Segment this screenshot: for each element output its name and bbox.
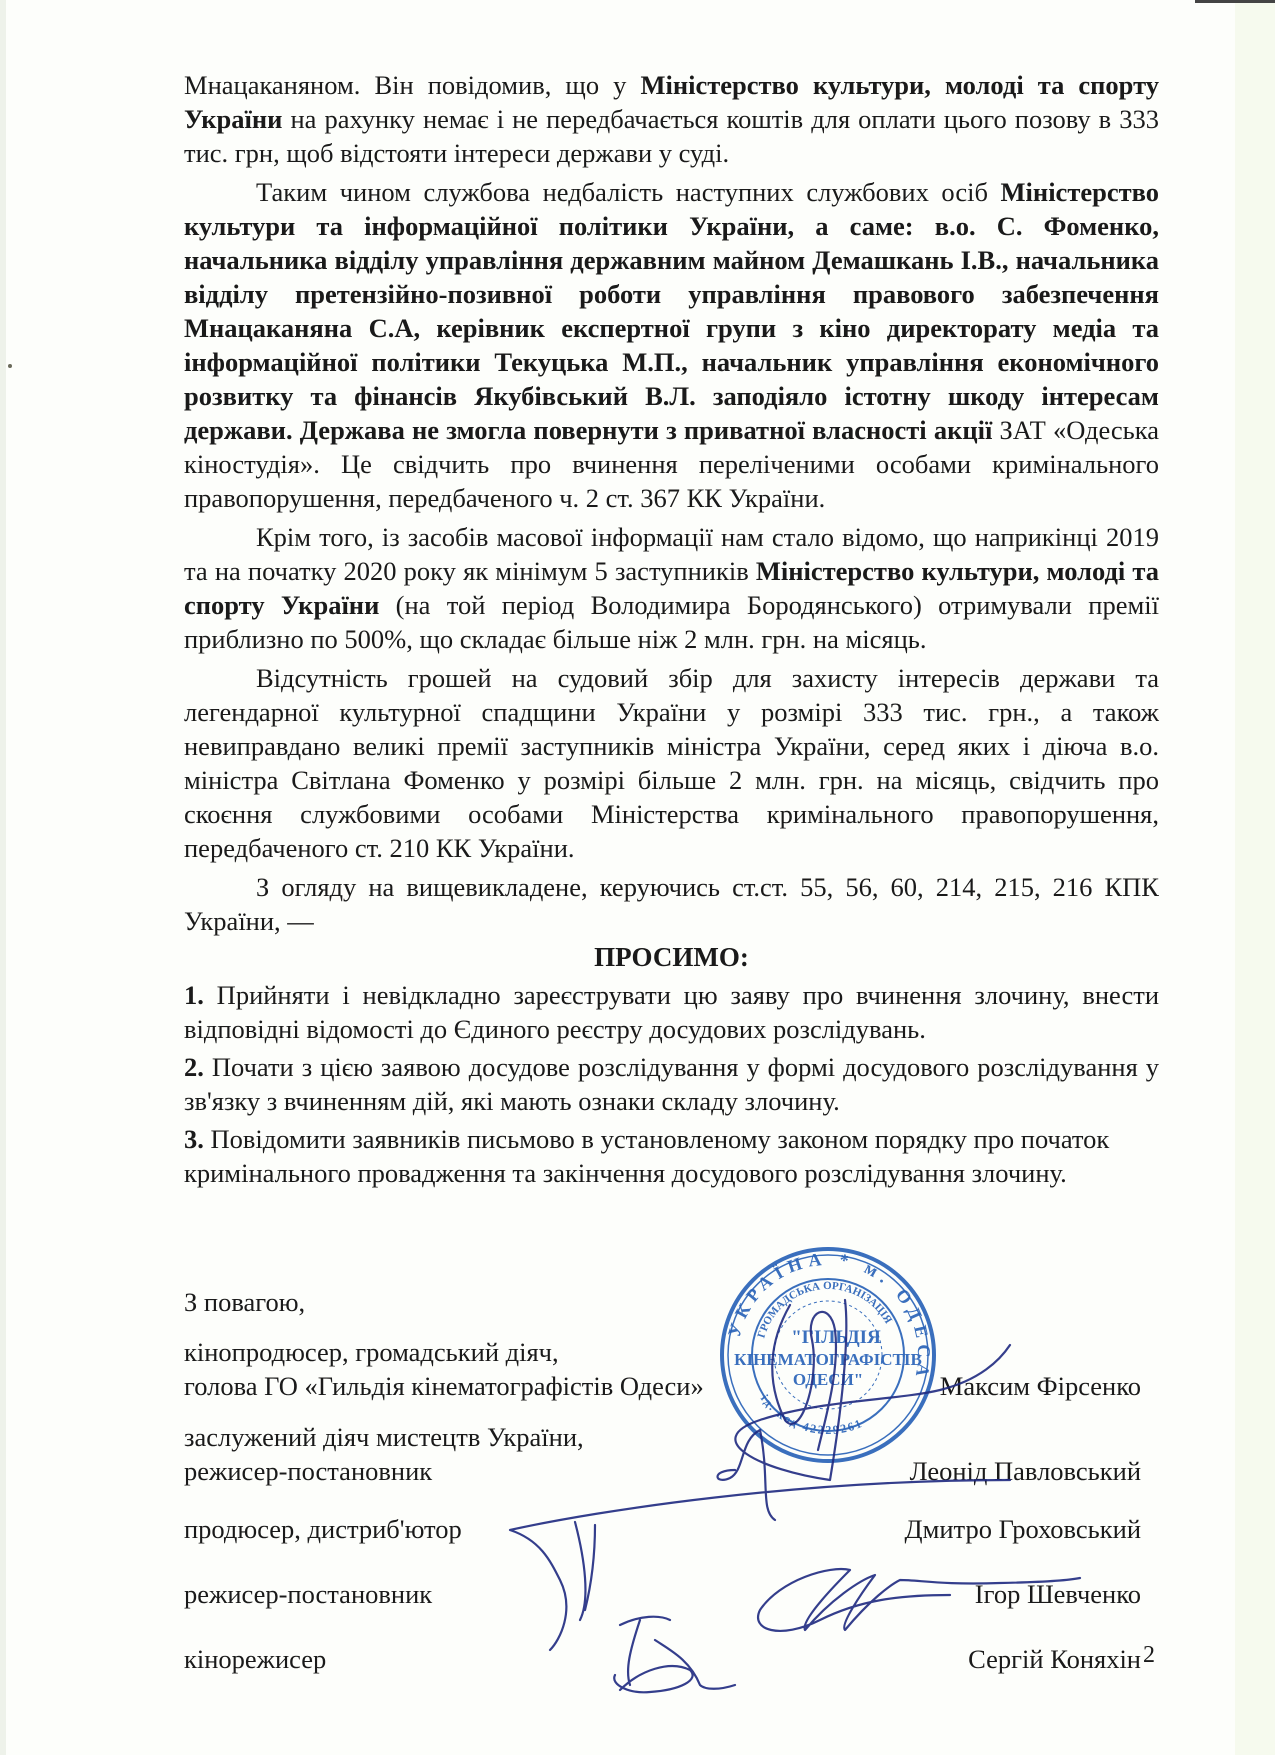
scan-edge-right <box>1235 0 1275 1755</box>
signatory-role: кінорежисер <box>184 1642 326 1676</box>
closing-text: З повагою, <box>184 1285 305 1319</box>
paragraph-3: Крім того, із засобів масової інформації… <box>184 520 1159 656</box>
request-text: Почати з цією заявою досудове розслідува… <box>184 1052 1159 1116</box>
signatory-role: режисер-постановник <box>184 1577 432 1611</box>
request-text: Повідомити заявників письмово в установл… <box>184 1124 1109 1188</box>
signatory-role: заслужений діяч мистецтв України, <box>184 1420 584 1454</box>
signatory-name: Сергій Коняхін <box>968 1642 1141 1676</box>
document-body: Мнацаканяном. Він повідомив, що у Мініст… <box>184 68 1159 1190</box>
paragraph-text: Таким чином службова недбалість наступни… <box>256 177 1001 207</box>
signatory-role: продюсер, дистриб'ютор <box>184 1512 462 1546</box>
svg-text:"ГІЛЬДІЯ: "ГІЛЬДІЯ <box>791 1327 881 1348</box>
svg-text:ід. код 42229261: ід. код 42229261 <box>758 1392 865 1437</box>
signatory-name: Леонід Павловський <box>910 1454 1141 1488</box>
paragraph-text: Відсутність грошей на судовий збір для з… <box>184 663 1159 863</box>
signature-5-icon <box>614 1617 735 1693</box>
request-item-3: 3. Повідомити заявників письмово в устан… <box>184 1122 1159 1190</box>
paragraph-5: З огляду на вищевикладене, керуючись ст.… <box>184 870 1159 938</box>
scan-edge-left <box>0 0 6 1755</box>
scan-speck <box>8 364 12 368</box>
svg-text:КІНЕМАТОГРАФІСТІВ: КІНЕМАТОГРАФІСТІВ <box>734 1350 922 1369</box>
request-number: 1. <box>184 980 204 1010</box>
request-heading: ПРОСИМО: <box>184 940 1159 974</box>
request-number: 3. <box>184 1124 204 1154</box>
scan-edge-top <box>1195 0 1275 3</box>
signature-3-icon <box>575 1522 595 1620</box>
signatory-name: Максим Фірсенко <box>940 1369 1141 1403</box>
svg-text:ОДЕСИ": ОДЕСИ" <box>793 1370 863 1389</box>
page-number: 2 <box>1143 1642 1155 1669</box>
request-item-2: 2. Почати з цією заявою досудове розслід… <box>184 1050 1159 1118</box>
paragraph-2: Таким чином службова недбалість наступни… <box>184 175 1159 515</box>
request-item-1: 1. Прийняти і невідкладно зареєструвати … <box>184 978 1159 1046</box>
signatory-role: кінопродюсер, громадський діяч, <box>184 1335 559 1369</box>
paragraph-text: на рахунку немає і не передбачається кош… <box>184 104 1159 168</box>
signatory-role: режисер-постановник <box>184 1454 432 1488</box>
paragraph-1: Мнацаканяном. Він повідомив, що у Мініст… <box>184 68 1159 170</box>
signatory-role: голова ГО «Гильдія кінематографістів Оде… <box>184 1369 704 1403</box>
paragraph-text: Мнацаканяном. Він повідомив, що у <box>184 70 640 100</box>
organization-stamp-icon: УКРАЇНА * м. ОДЕСА ГРОМАДСЬКА ОРГАНІЗАЦІ… <box>718 1245 938 1465</box>
paragraph-text: З огляду на вищевикладене, керуючись ст.… <box>184 872 1159 936</box>
request-text: Прийняти і невідкладно зареєструвати цю … <box>184 980 1159 1044</box>
signatory-name: Дмитро Гроховський <box>905 1512 1141 1546</box>
paragraph-4: Відсутність грошей на судовий збір для з… <box>184 661 1159 865</box>
bold-officials-list: Міністерство культури та інформаційної п… <box>184 177 1159 445</box>
request-number: 2. <box>184 1052 204 1082</box>
signatory-name: Ігор Шевченко <box>975 1577 1141 1611</box>
